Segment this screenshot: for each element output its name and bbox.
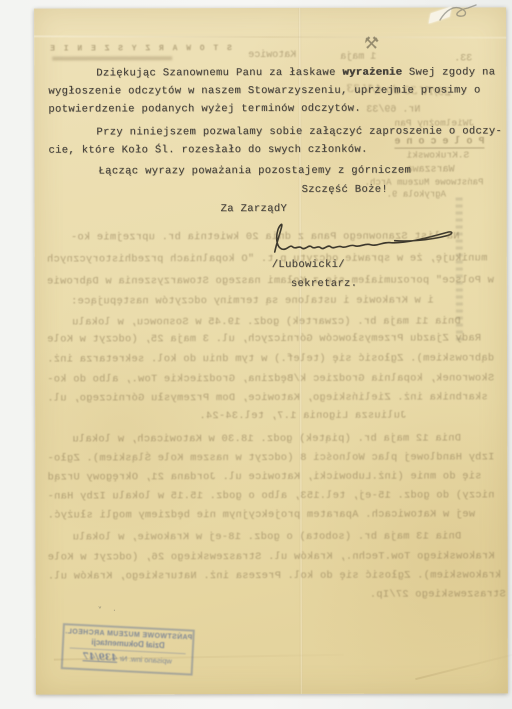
bleed-date-day: 1 maja: [340, 52, 376, 63]
bleed-body-line: się do mnie (inż.Lubowicki, Katowice ul.…: [47, 470, 481, 483]
bleed-addressee-name: S.Krukowski: [406, 149, 469, 160]
bleed-body-line: Na list Szanownego Pana z dnia 20 kwietn…: [71, 231, 460, 244]
bleed-body-line: Dnia 13 maja br. (sobota) o godz. 18-ej …: [72, 531, 461, 544]
pencil-check-marks: ˅ ·: [98, 606, 120, 616]
body-line-1-post: Swej zgody na: [402, 66, 495, 78]
bleed-registered-label: P o l e c o n e: [394, 136, 484, 148]
bleed-body-line: Juliusza Ligonia 1.7, tel.34-24.: [199, 410, 406, 423]
za-zarzad-line: Za ZarządY: [221, 203, 288, 215]
bleed-body-line: i w Krakowie i ustalone są terminy odczy…: [71, 295, 434, 308]
bleed-body-line: krakowskiem). Zgłosić się do kol. Prezes…: [48, 569, 502, 582]
body-line-5: cie, które Koło Śl. rozesłało do swych c…: [48, 144, 367, 157]
bleed-addressee-street: Agrykola 9.: [387, 190, 446, 200]
vertical-margin-annotation: [456, 197, 463, 342]
body-line-6: Łącząc wyrazy poważania pozostajemy z gó…: [99, 165, 412, 178]
bleed-body-line: Skowronek, kopalnia Grodziec k/Będzina, …: [47, 372, 494, 385]
stamp-register-label: wpisano inw. Nr: [117, 654, 172, 666]
bleed-body-line: Izby Handlowej plac Wolności 8 (odczyt w…: [47, 451, 494, 464]
bottom-diagonal-crease: [415, 653, 512, 680]
bleed-body-line: Dnia 11 maja br. (czwartek) godz. 19.45 …: [72, 316, 461, 329]
bleed-body-line: Straszewskiego 27/Ip.: [370, 588, 506, 600]
bleed-date-year: 33.: [454, 53, 472, 64]
bleed-body-line: Krakowskiego Tow.Techn., Kraków ul. Stra…: [48, 550, 495, 563]
bleed-letterhead-smudge: [52, 56, 172, 60]
stamp-register-number: 439/47: [82, 652, 117, 664]
bleed-letterhead-caps: S T O W A R Z Y S Z E N I E: [48, 44, 232, 53]
body-line-1: Dziękując Szanownemu Panu za łaskawe wyr…: [96, 66, 495, 79]
bleed-body-line: w Polsce" porozumiałem się z Kołami nasz…: [47, 274, 494, 287]
letter-paper-sheet: ⚒ S T O W A R Z Y S Z E N I E Katowice 1…: [34, 7, 508, 694]
scanned-letter-page: ⚒ S T O W A R Z Y S Z E N I E Katowice 1…: [0, 0, 512, 709]
salutation-line: Szczęść Boże!: [302, 184, 388, 196]
body-line-1-pre: Dziękując Szanownemu Panu za łaskawe: [96, 67, 342, 80]
body-line-3: potwierdzenie podanych wyżej terminów od…: [48, 103, 361, 116]
archive-stamp: PAŃSTWOWE MUZEUM ARCHEOL. Dział Dokument…: [61, 623, 195, 676]
bleed-body-line: Rady Zjazdu Przemysłowców Górniczych, ul…: [47, 332, 481, 345]
body-line-2: wygłoszenie odczytów w naszem Stowarzysz…: [48, 84, 480, 97]
bleed-body-line: niczy) do godz. 15-ej, tel.153, albo o g…: [47, 489, 494, 502]
top-crease: [34, 35, 506, 38]
bleed-city: Katowice: [248, 50, 296, 61]
body-line-1-bold: wyrażenie: [342, 67, 402, 79]
body-line-4: Przy niniejszem pozwalamy sobie załączyć…: [96, 125, 502, 138]
pencil-squiggle-mark: [438, 2, 480, 26]
bleed-body-line: Dnia 12 maja br. (piątek) godz. 18.30 w …: [72, 433, 461, 446]
bleed-body-line: dąbrowskiem). Zgłosić się (telef.) w tym…: [47, 352, 494, 365]
bleed-body-line: skarbnika inż. Zielińskiego, Katowice, D…: [47, 391, 488, 404]
bleed-body-line: munikuję, że w sprawie odczytu p.t. "O k…: [47, 252, 488, 265]
bleed-reference-number: Nr. 69/33: [366, 105, 420, 116]
bleed-body-line: wej w Katowicach. Aparatem projekcyjnym …: [47, 508, 475, 521]
